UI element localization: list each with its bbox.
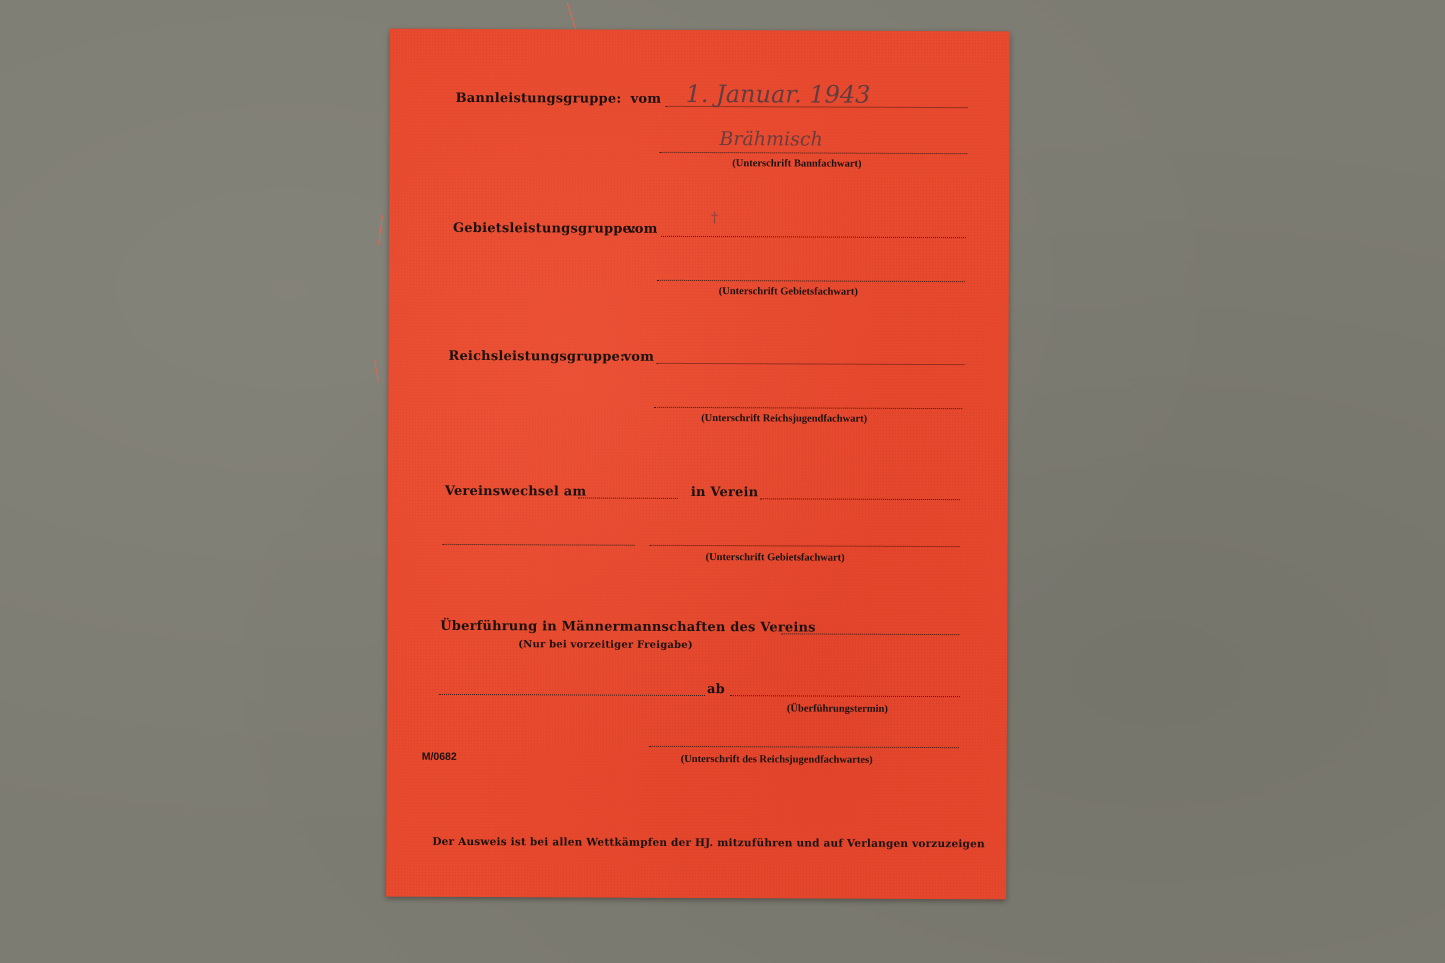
reich-date-line	[656, 363, 964, 365]
bann-signature-line	[659, 152, 967, 154]
frayed-edge	[378, 215, 383, 245]
transfer-from-label: ab	[707, 682, 725, 697]
gebiet-signature-caption: (Unterschrift Gebietsfachwart)	[719, 286, 858, 298]
transfer-label: Überführung in Männermannschaften des Ve…	[440, 619, 815, 636]
gebiet-vom: vom	[627, 222, 658, 237]
form-number: M/0682	[422, 751, 457, 763]
reich-signature-caption: (Unterschrift Reichsjugendfachwart)	[701, 413, 867, 425]
club-label: in Verein	[691, 485, 758, 500]
transfer-note: (Nur bei vorzeitiger Freigabe)	[518, 639, 693, 651]
club-change-date-line	[578, 497, 678, 498]
transfer-signature-caption: (Unterschrift des Reichsjugendfachwartes…	[681, 754, 873, 766]
bann-label: Bannleistungsgruppe:	[456, 91, 622, 107]
gebiet-date-line	[661, 236, 966, 238]
transfer-signature-line	[649, 746, 959, 748]
transfer-extra-line	[439, 694, 705, 696]
footer-notice: Der Ausweis ist bei allen Wettkämpfen de…	[432, 836, 985, 850]
bann-signature-caption: (Unterschrift Bannfachwart)	[732, 158, 861, 170]
reich-signature-line	[654, 407, 962, 409]
club-change-signature-line	[650, 545, 960, 547]
transfer-date-caption: (Überführungstermin)	[787, 703, 888, 714]
club-change-label: Vereinswechsel am	[445, 484, 587, 500]
bann-date-handwritten: 1. Januar. 1943	[686, 80, 871, 109]
reich-label: Reichsleistungsgruppe:	[448, 349, 625, 365]
id-card-back: Bannleistungsgruppe: vom 1. Januar. 1943…	[386, 29, 1010, 900]
gebiet-signature-line	[657, 280, 965, 282]
club-name-line	[760, 498, 960, 500]
gebiet-label: Gebietsleistungsgruppe:	[453, 221, 636, 237]
club-change-signature-caption: (Unterschrift Gebietsfachwart)	[706, 552, 845, 564]
club-change-extra-line	[443, 544, 635, 546]
gebiet-mark: †	[711, 210, 718, 226]
frayed-edge	[374, 360, 379, 382]
transfer-date-line	[730, 695, 960, 697]
bann-signature-handwritten: Brähmisch	[719, 128, 822, 150]
bann-vom: vom	[631, 92, 662, 107]
loose-thread	[567, 3, 577, 30]
reich-vom: vom	[623, 350, 654, 365]
